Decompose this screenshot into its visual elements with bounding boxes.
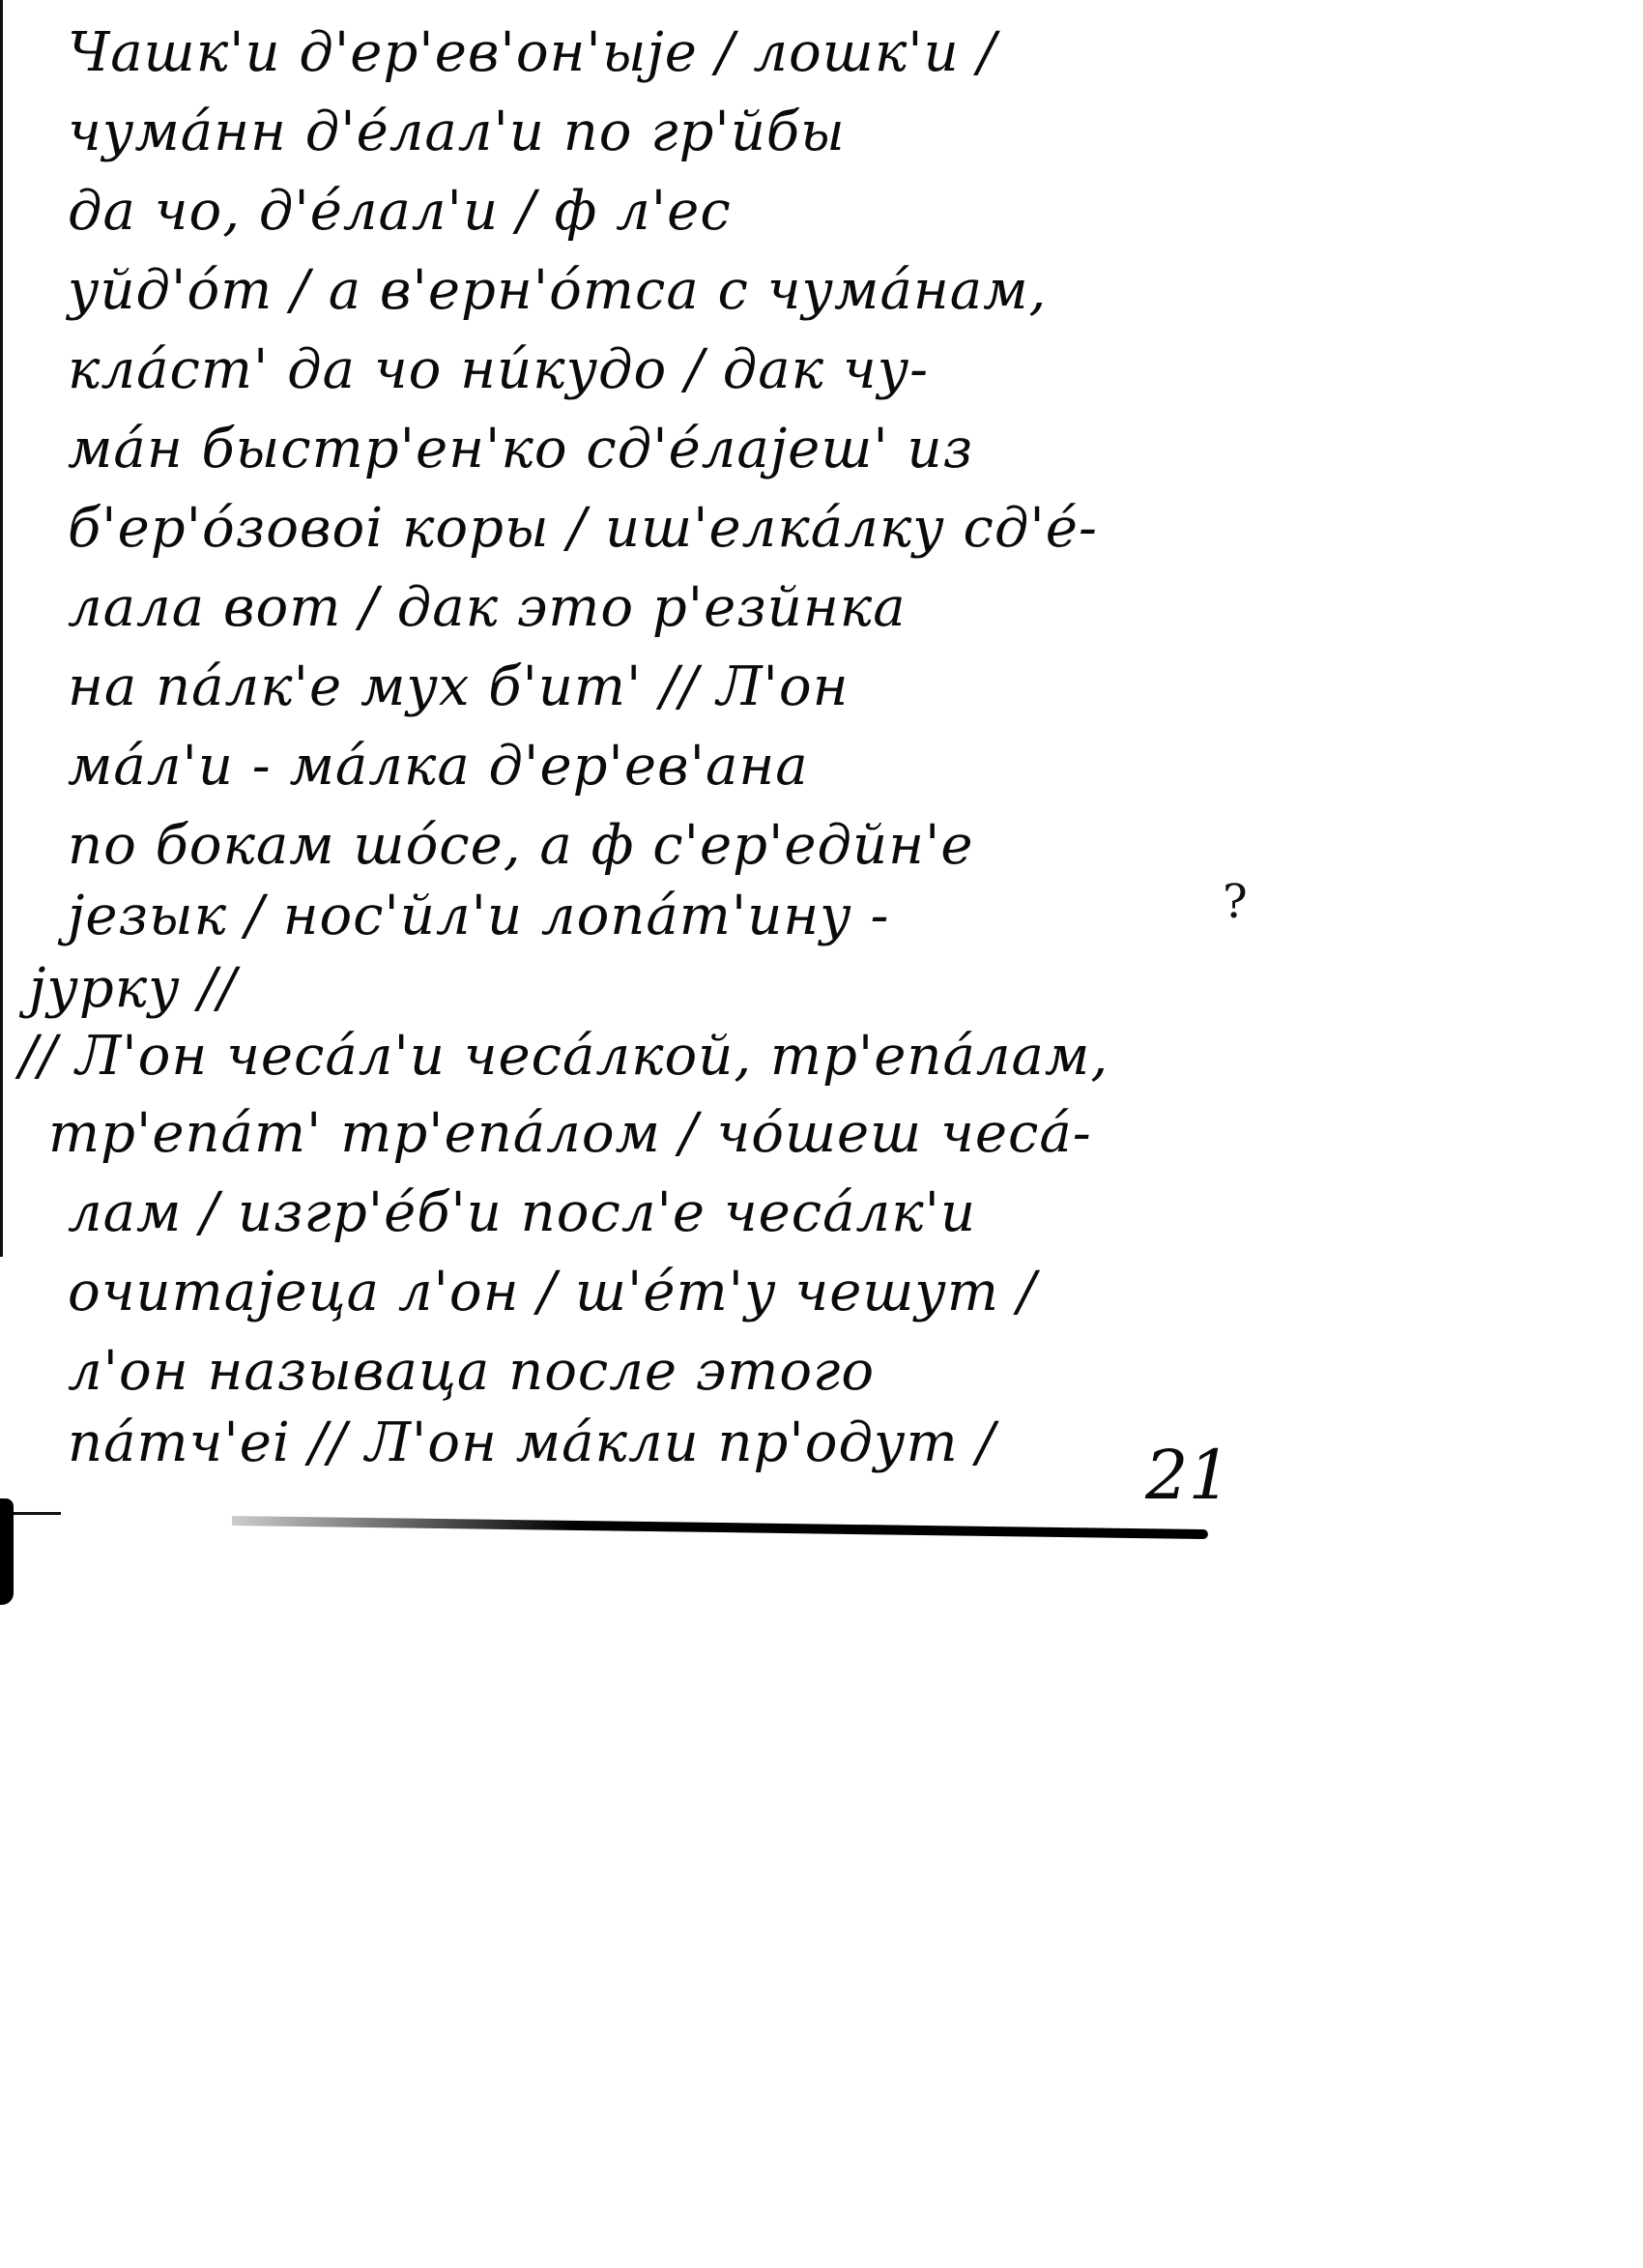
text-line-9: на пáлк'е мух б'ит' // Л'он bbox=[68, 655, 849, 718]
text-line-3: да чо, д'éлал'и / ф л'ес bbox=[68, 180, 732, 243]
text-line-14: // Л'он чесáл'и чесáлкой, тр'епáлам, bbox=[19, 1025, 1109, 1088]
text-line-6: мáн быстр'ен'ко сд'éлајеш' из bbox=[68, 418, 973, 480]
text-line-1: Чашк'и д'ер'ев'он'ыје / лошк'и / bbox=[68, 21, 996, 84]
text-line-11: по бокам шóсе, а ф с'ер'едйн'е bbox=[68, 814, 973, 877]
scanned-page: Чашк'и д'ер'ев'он'ыје / лошк'и / чумáнн … bbox=[0, 0, 1643, 2268]
bottom-rule bbox=[232, 1516, 1208, 1539]
text-line-8: лала вот / дак это р'езйнка bbox=[68, 576, 907, 639]
text-line-4: уйд'óт / а в'ерн'óтса с чумáнам, bbox=[68, 259, 1047, 322]
margin-question-mark: ? bbox=[1223, 875, 1248, 929]
text-line-10: мáл'и - мáлка д'ер'ев'ана bbox=[68, 735, 809, 798]
text-line-13: јурку // bbox=[29, 957, 237, 1020]
page-left-edge bbox=[0, 0, 3, 1257]
text-line-5: клáст' да чо нúкудо / дак чу- bbox=[68, 338, 929, 401]
text-line-15: тр'епáт' тр'епáлом / чóшеш чесá- bbox=[48, 1102, 1092, 1165]
text-line-2: чумáнн д'éлал'и по гр'йбы bbox=[68, 101, 846, 163]
text-line-12: језык / нос'йл'и лопáт'ину - bbox=[68, 885, 889, 947]
text-line-18: л'он называца после этого bbox=[68, 1340, 875, 1403]
text-line-19: пáтч'еі // Л'он мáкли пр'одут / bbox=[68, 1411, 995, 1474]
text-line-16: лам / изгр'éб'и посл'е чесáлк'и bbox=[68, 1181, 976, 1244]
text-line-7: б'ер'óзовоі коры / иш'елкáлку сд'é- bbox=[68, 497, 1098, 560]
text-line-17: очитајеца л'он / ш'éт'у чешут / bbox=[68, 1261, 1037, 1323]
page-number: 21 bbox=[1145, 1436, 1231, 1515]
bottom-rule-short bbox=[8, 1512, 61, 1515]
binding-ink-blot bbox=[0, 1498, 14, 1605]
